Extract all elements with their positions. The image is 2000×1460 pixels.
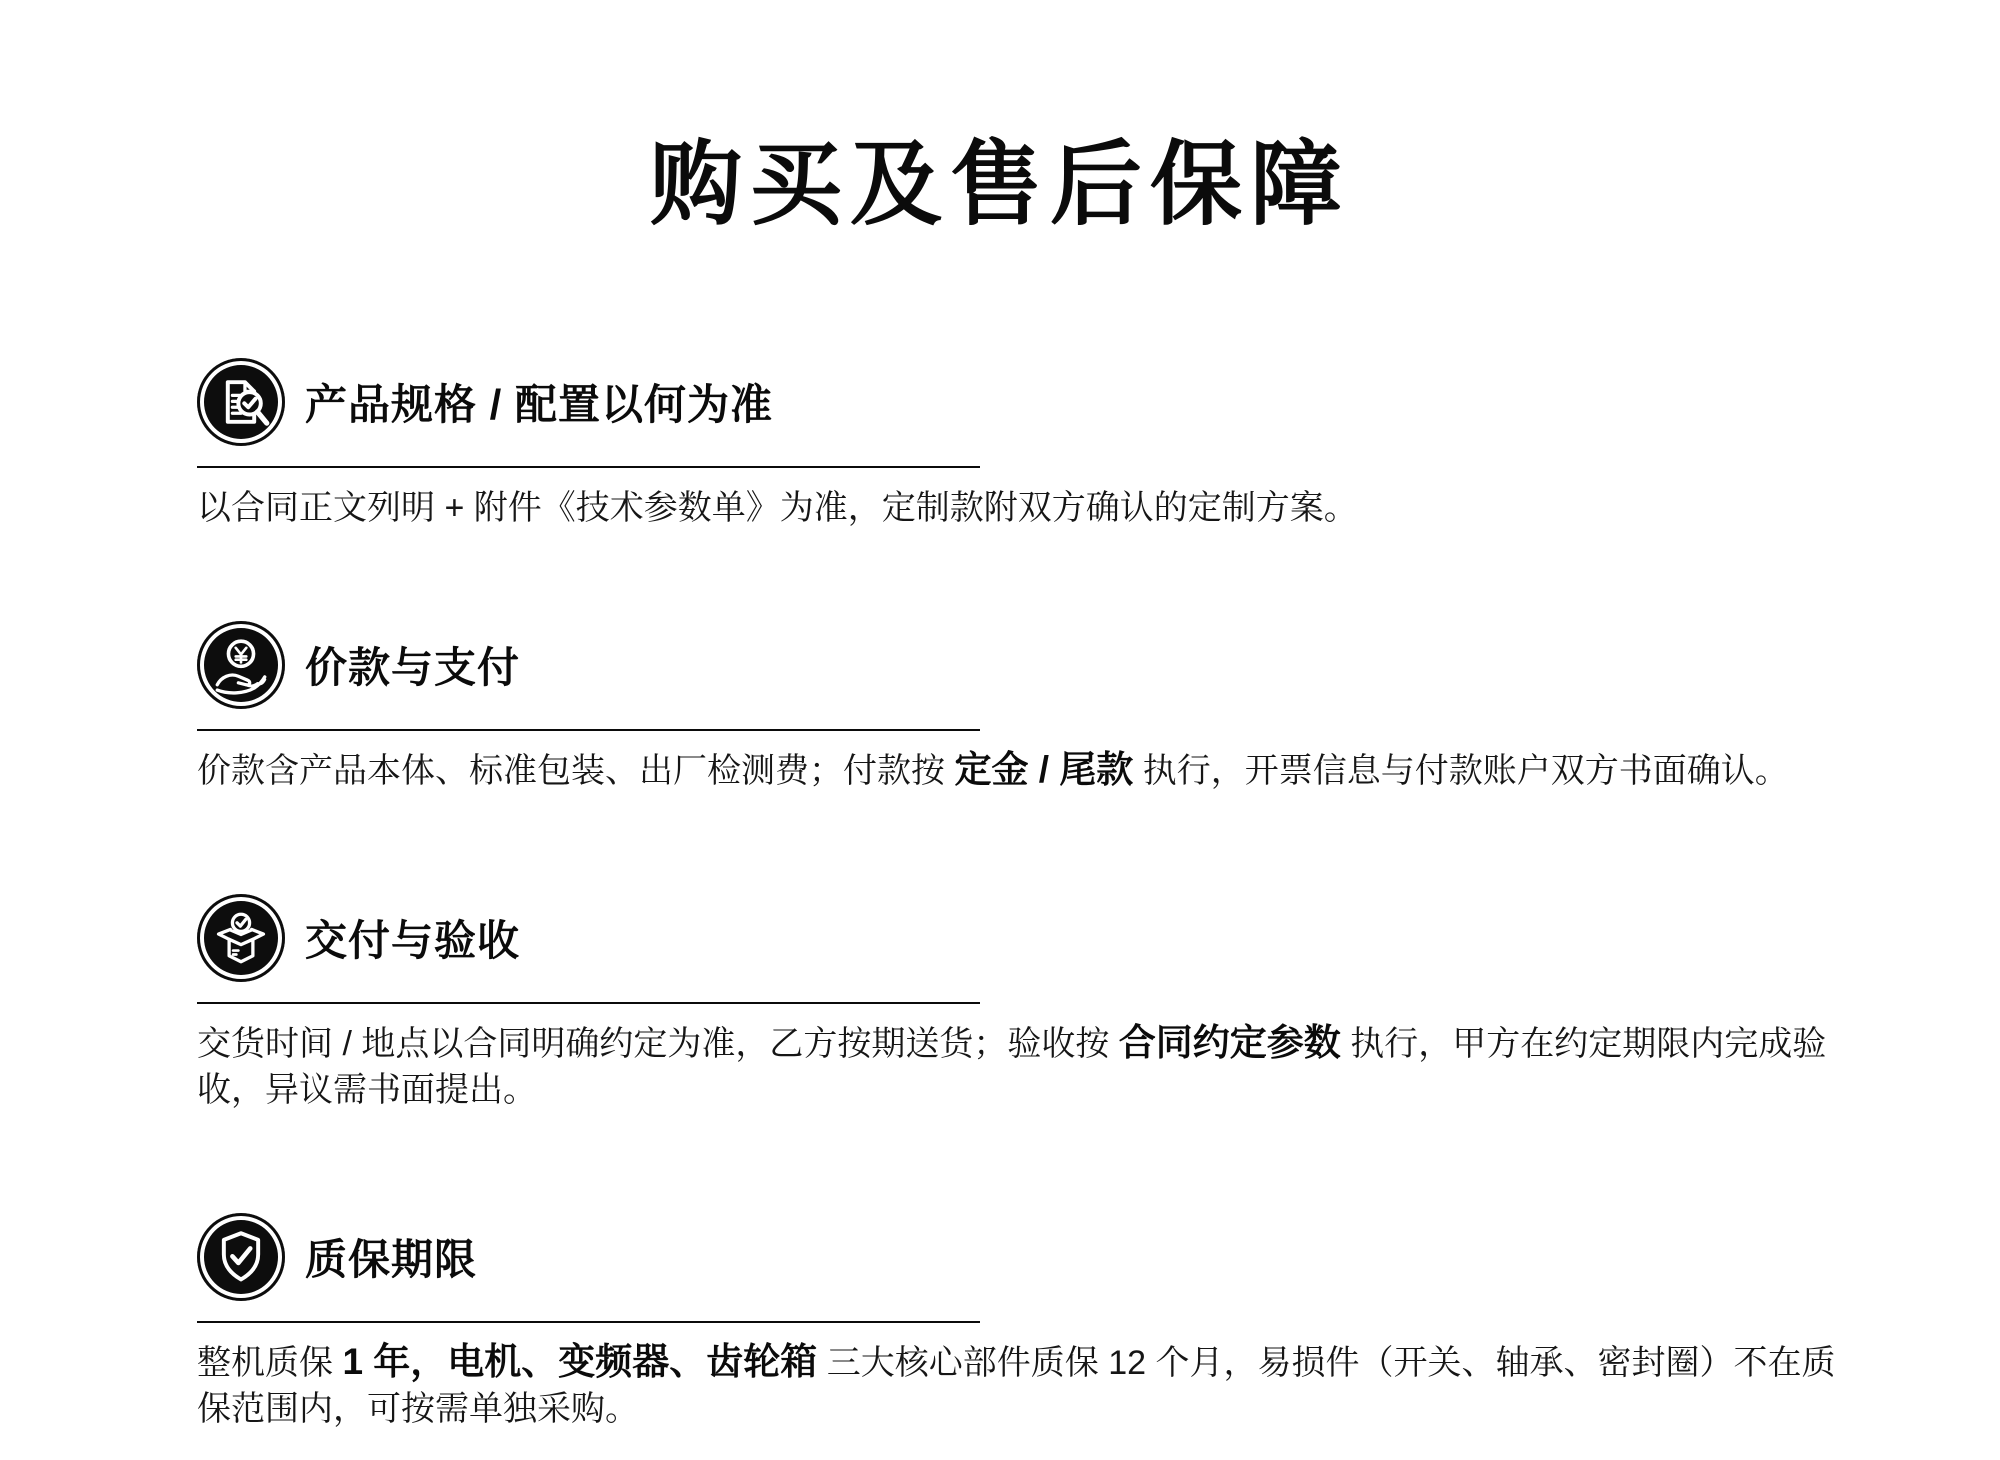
section-delivery-header: 交付与验收	[197, 894, 1847, 982]
open-box-check-icon	[197, 894, 285, 982]
section-spec: 产品规格 / 配置以何为准 以合同正文列明 + 附件《技术参数单》为准，定制款附…	[197, 358, 1847, 531]
section-spec-heading: 产品规格 / 配置以何为准	[305, 372, 773, 432]
section-warranty-heading: 质保期限	[305, 1227, 477, 1287]
section-divider	[197, 1002, 980, 1004]
section-spec-header: 产品规格 / 配置以何为准	[197, 358, 1847, 446]
section-divider	[197, 729, 980, 731]
section-warranty-header: 质保期限	[197, 1213, 1847, 1301]
page-title: 购买及售后保障	[0, 132, 2000, 238]
section-payment: 价款与支付 价款含产品本体、标准包装、出厂检测费；付款按 定金 / 尾款 执行，…	[197, 621, 1847, 794]
coin-in-hand-icon	[197, 621, 285, 709]
section-payment-header: 价款与支付	[197, 621, 1847, 709]
section-delivery-body: 交货时间 / 地点以合同明确约定为准，乙方按期送货；验收按 合同约定参数 执行，…	[197, 1020, 1847, 1113]
section-delivery: 交付与验收 交货时间 / 地点以合同明确约定为准，乙方按期送货；验收按 合同约定…	[197, 894, 1847, 1113]
section-divider	[197, 1321, 980, 1323]
section-divider	[197, 466, 980, 468]
document-magnifier-check-icon	[197, 358, 285, 446]
section-payment-body: 价款含产品本体、标准包装、出厂检测费；付款按 定金 / 尾款 执行，开票信息与付…	[197, 747, 1847, 794]
section-warranty: 质保期限 整机质保 1 年，电机、变频器、齿轮箱 三大核心部件质保 12 个月，…	[197, 1213, 1847, 1432]
section-payment-heading: 价款与支付	[305, 635, 520, 695]
page: 购买及售后保障 产品规格 / 配置以何为准 以合同正文列明 +	[0, 0, 2000, 1460]
section-spec-body: 以合同正文列明 + 附件《技术参数单》为准，定制款附双方确认的定制方案。	[197, 484, 1847, 531]
shield-check-icon	[197, 1213, 285, 1301]
section-warranty-body: 整机质保 1 年，电机、变频器、齿轮箱 三大核心部件质保 12 个月，易损件（开…	[197, 1339, 1847, 1432]
section-delivery-heading: 交付与验收	[305, 908, 520, 968]
content-column: 产品规格 / 配置以何为准 以合同正文列明 + 附件《技术参数单》为准，定制款附…	[197, 358, 1847, 1432]
